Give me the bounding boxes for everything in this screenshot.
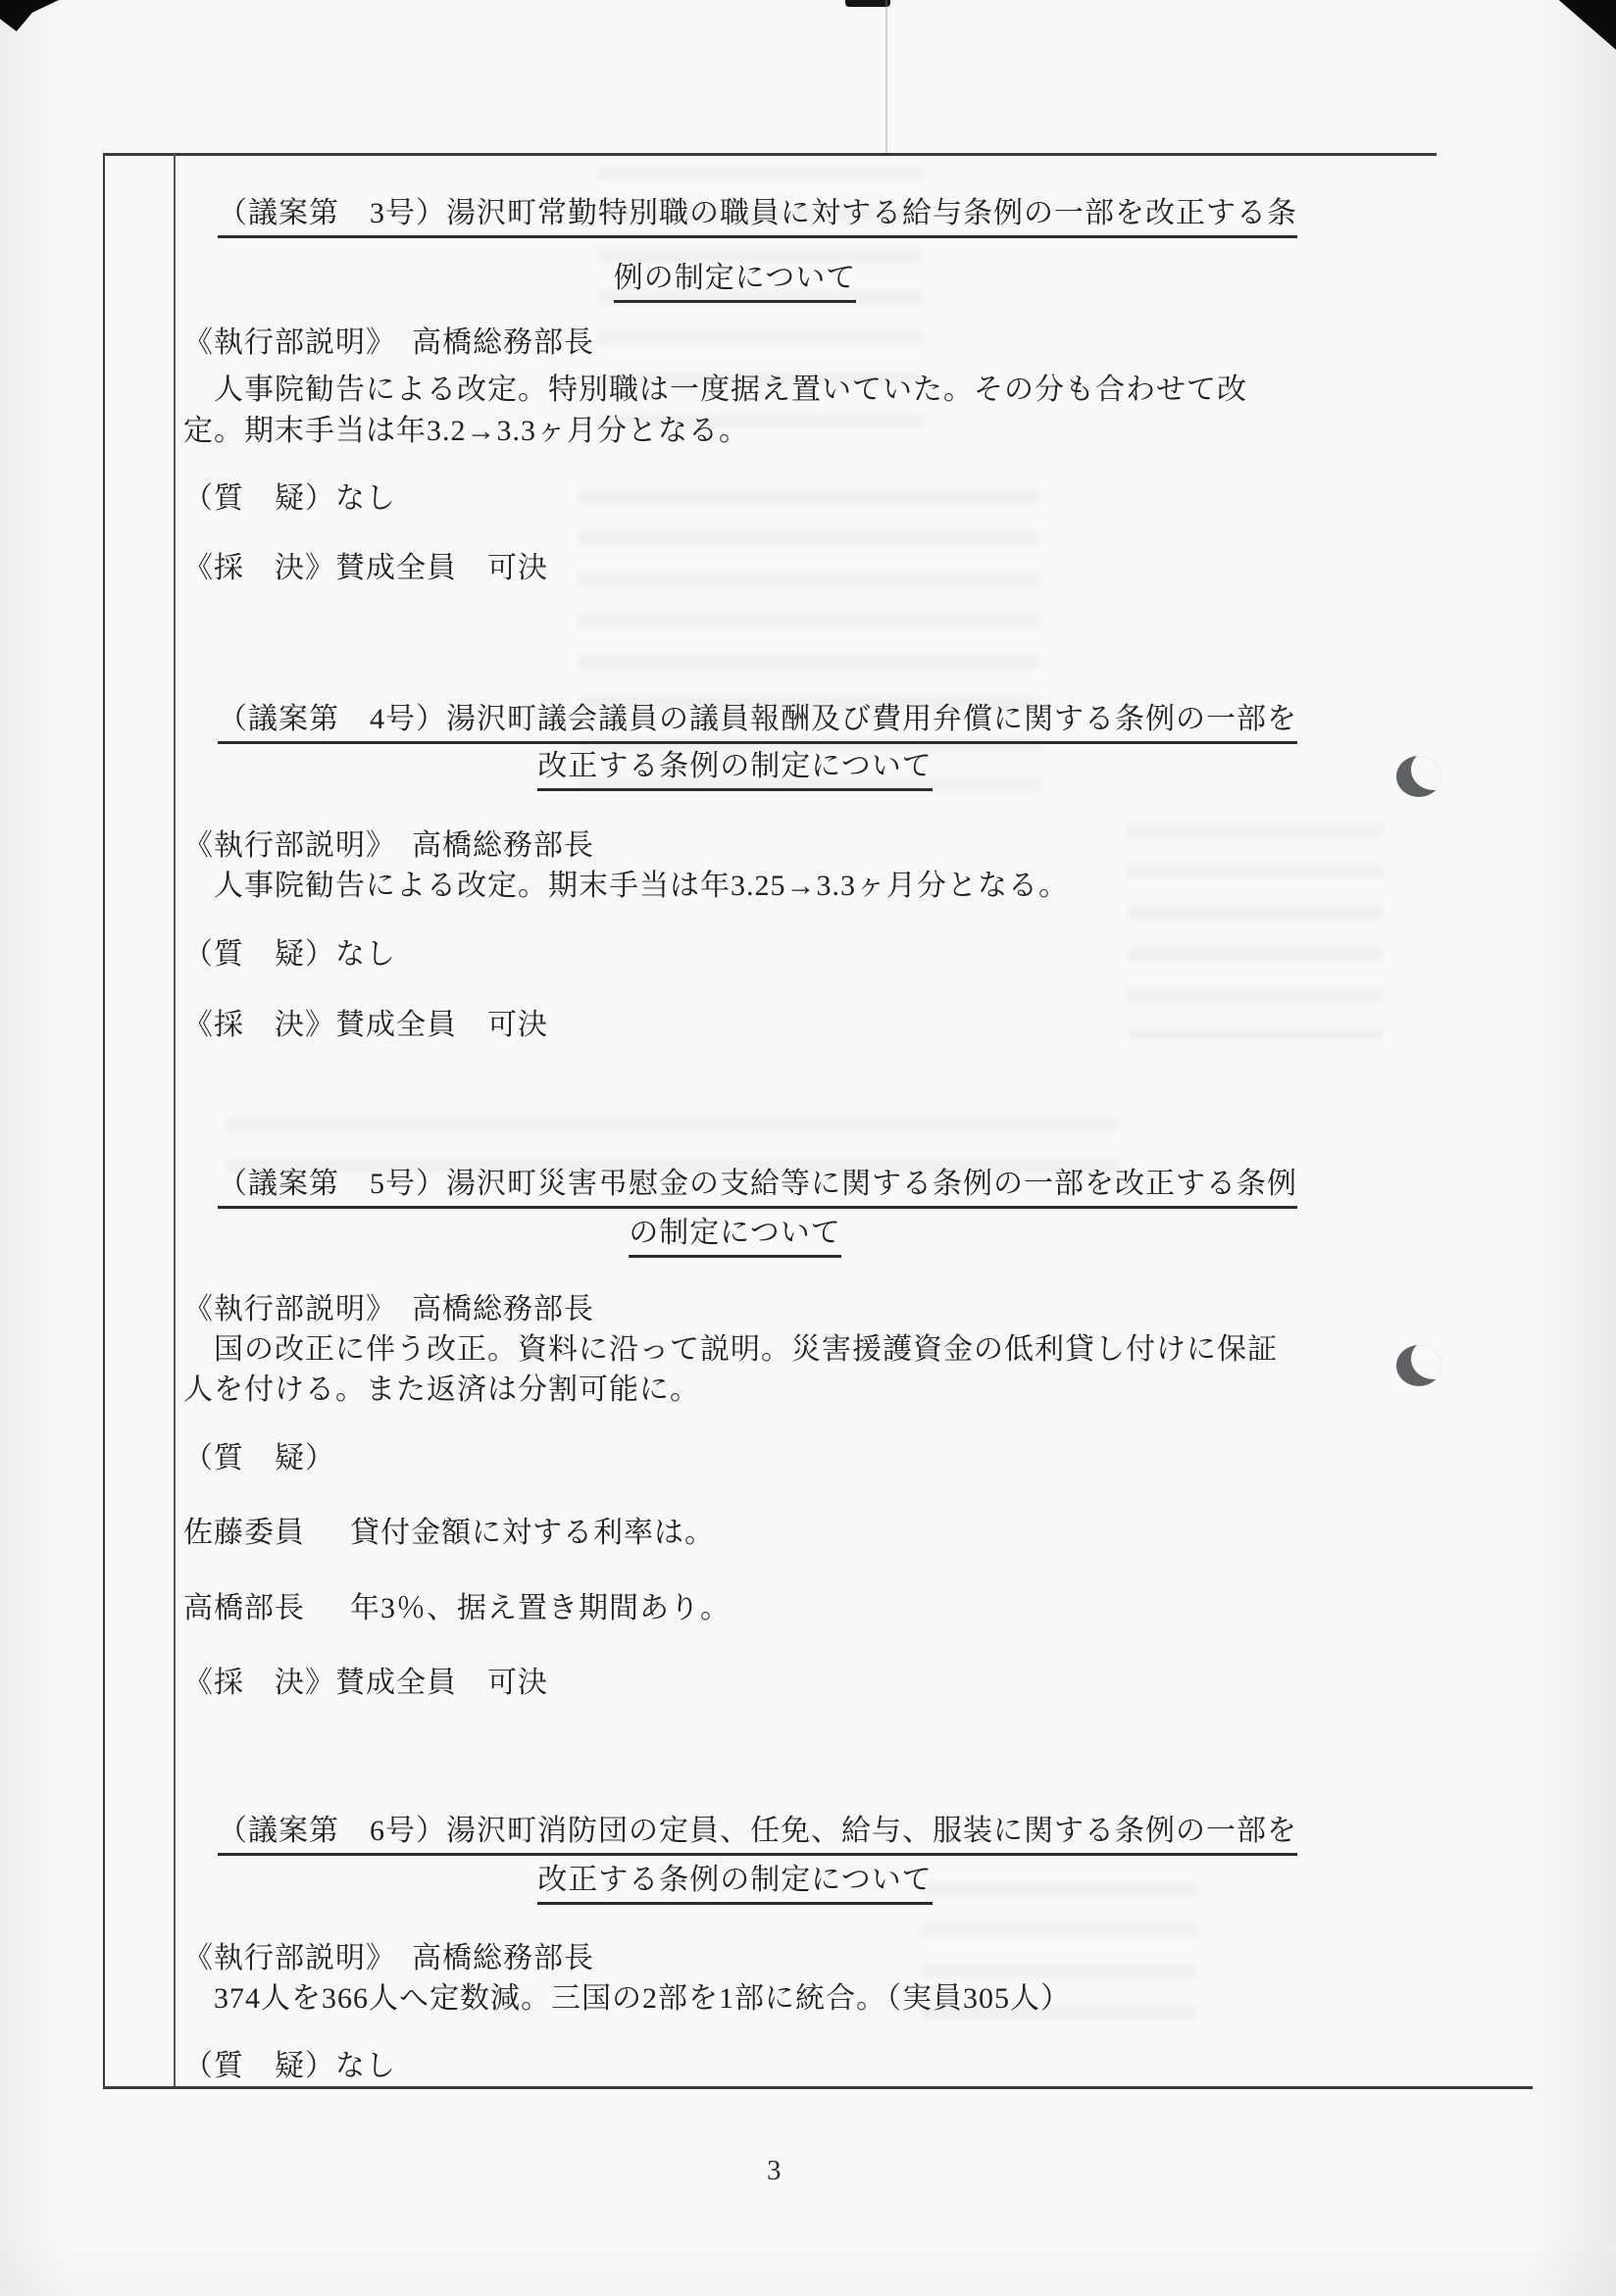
agenda-item-5-title-text: （議案第 5号）湯沢町災害弔慰金の支給等に関する条例の一部を改正する条例 xyxy=(218,1168,1297,1209)
agenda-item-5-explanation-line: 人を付ける。また返済は分割可能に。 xyxy=(183,1371,700,1410)
box-left-border xyxy=(103,153,105,2088)
box-bottom-border xyxy=(103,2086,1533,2089)
punch-hole-lower xyxy=(1396,1345,1441,1386)
agenda-item-4-title-line2: 改正する条例の制定について xyxy=(183,747,1287,786)
scan-artifact-top-smudge xyxy=(845,0,890,7)
agenda-item-4-explanation-heading: 《執行部説明》 高橋総務部長 xyxy=(183,826,594,866)
agenda-item-6-title-text: （議案第 6号）湯沢町消防団の定員、任免、給与、服装に関する条例の一部を xyxy=(218,1815,1297,1856)
agenda-item-4-title-line1: （議案第 4号）湯沢町議会議員の議員報酬及び費用弁償に関する条例の一部を xyxy=(218,700,1297,739)
agenda-item-5-title-line2: の制定について xyxy=(183,1214,1287,1253)
agenda-item-3-vote-result: 《採 決》賛成全員 可決 xyxy=(183,549,548,588)
agenda-item-6-title-line1: （議案第 6号）湯沢町消防団の定員、任免、給与、服装に関する条例の一部を xyxy=(218,1812,1297,1851)
qa-text: 年3％、据え置き期間あり。 xyxy=(350,1592,731,1624)
agenda-item-5-title-line1: （議案第 5号）湯沢町災害弔慰金の支給等に関する条例の一部を改正する条例 xyxy=(218,1165,1297,1204)
agenda-item-5-qa-question: 佐藤委員貸付金額に対する利率は。 xyxy=(183,1514,715,1553)
agenda-item-3-explanation-line: 定。期末手当は年3.2→3.3ヶ月分となる。 xyxy=(183,412,749,451)
scan-artifact-top-left xyxy=(0,0,59,31)
scanned-minutes-page: { "page": { "number": "3" }, "sections":… xyxy=(0,0,1616,2296)
agenda-item-6-explanation-heading: 《執行部説明》 高橋総務部長 xyxy=(183,1939,594,1978)
agenda-item-3-question-label: （質 疑）なし xyxy=(183,479,396,519)
paper-fold-line xyxy=(885,0,887,153)
box-inner-vertical-rule xyxy=(174,153,176,2088)
agenda-item-4-explanation-line: 人事院勧告による改定。期末手当は年3.25→3.3ヶ月分となる。 xyxy=(183,867,1069,906)
agenda-item-3-title-line1: （議案第 3号）湯沢町常勤特別職の職員に対する給与条例の一部を改正する条 xyxy=(218,194,1297,233)
scan-artifact-top-right xyxy=(1555,0,1616,53)
ink-bleed-through xyxy=(1128,824,1383,1039)
agenda-item-5-vote-result: 《採 決》賛成全員 可決 xyxy=(183,1664,548,1703)
agenda-item-4-question-label: （質 疑）なし xyxy=(183,935,396,974)
agenda-item-5-explanation-line: 国の改正に伴う改正。資料に沿って説明。災害援護資金の低利貸し付けに保証 xyxy=(183,1330,1278,1370)
punch-hole-upper xyxy=(1396,756,1441,797)
agenda-item-5-question-label: （質 疑） xyxy=(183,1439,335,1478)
agenda-item-3-title-text: （議案第 3号）湯沢町常勤特別職の職員に対する給与条例の一部を改正する条 xyxy=(218,197,1297,238)
box-top-border xyxy=(103,153,1437,156)
agenda-item-3-title-line2: 例の制定について xyxy=(183,259,1287,298)
agenda-item-4-title-text: （議案第 4号）湯沢町議会議員の議員報酬及び費用弁償に関する条例の一部を xyxy=(218,703,1297,744)
agenda-item-6-title-line2: 改正する条例の制定について xyxy=(183,1861,1287,1900)
agenda-item-5-qa-answer: 高橋部長年3％、据え置き期間あり。 xyxy=(183,1589,731,1628)
agenda-item-5-explanation-heading: 《執行部説明》 高橋総務部長 xyxy=(183,1290,594,1329)
agenda-item-6-question-label: （質 疑）なし xyxy=(183,2047,396,2086)
agenda-item-3-explanation-heading: 《執行部説明》 高橋総務部長 xyxy=(183,324,594,363)
agenda-item-6-explanation-line: 374人を366人へ定数減。三国の2部を1部に統合。（実員305人） xyxy=(183,1979,1071,2019)
qa-text: 貸付金額に対する利率は。 xyxy=(350,1517,715,1549)
page-number: 3 xyxy=(767,2155,782,2187)
agenda-item-4-vote-result: 《採 決》賛成全員 可決 xyxy=(183,1006,548,1045)
agenda-item-3-explanation-line: 人事院勧告による改定。特別職は一度据え置いていた。その分も合わせて改 xyxy=(183,371,1247,410)
qa-speaker: 佐藤委員 xyxy=(183,1517,305,1549)
qa-speaker: 高橋部長 xyxy=(183,1592,305,1624)
